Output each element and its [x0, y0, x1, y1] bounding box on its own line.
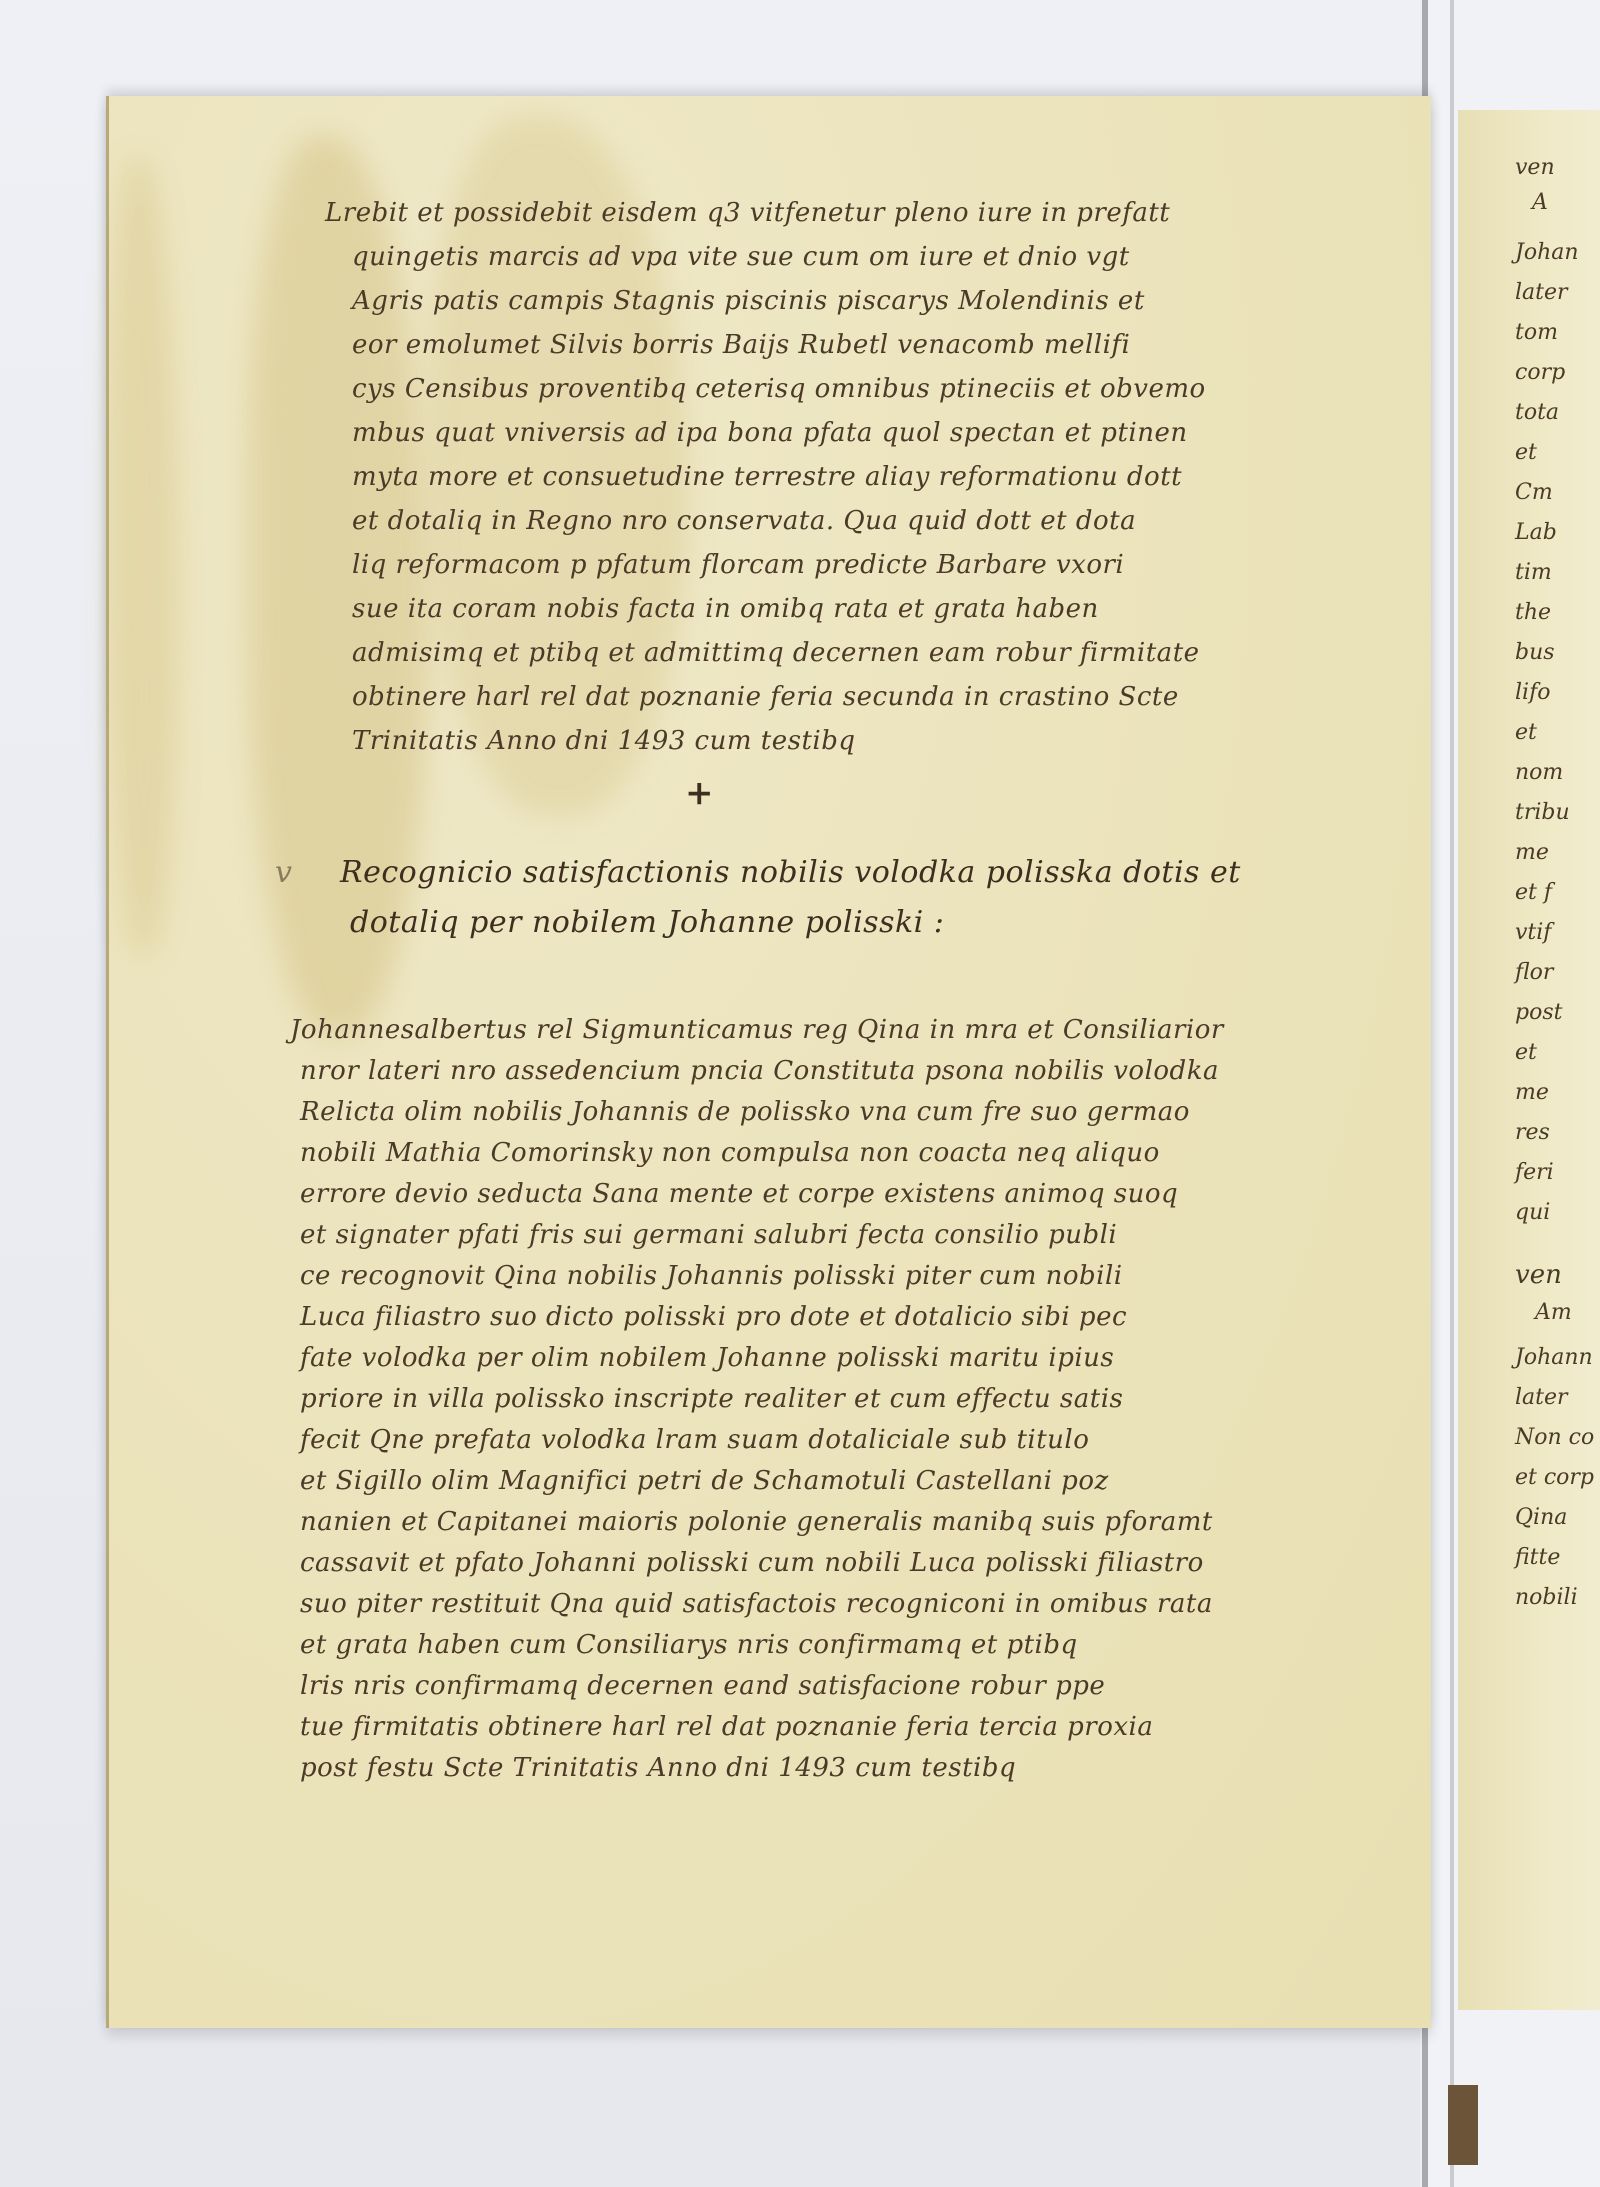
entry-2-line: tue firmitatis obtinere harl rel dat poz…: [300, 1712, 1153, 1742]
right-page-line: tribu: [1515, 800, 1570, 825]
right-page-line: lifo: [1515, 680, 1550, 705]
entry-2-line: nror lateri nro assedencium pncia Consti…: [300, 1056, 1219, 1086]
entry-1-line: Lrebit et possidebit eisdem q3 vitfenetu…: [325, 198, 1170, 228]
right-page-line: post: [1515, 1000, 1562, 1025]
entry-2-line: ce recognovit Qina nobilis Johannis poli…: [300, 1261, 1123, 1291]
right-page-line: res: [1515, 1120, 1550, 1145]
binding-edge: [1450, 0, 1454, 2187]
water-stain: [109, 156, 179, 956]
entry-1-line: et dotaliq in Regno nro conservata. Qua …: [352, 506, 1136, 536]
right-page-line: Johann: [1515, 1345, 1593, 1370]
right-page-line: nobili: [1515, 1585, 1578, 1610]
right-page-line: nom: [1515, 760, 1563, 785]
entry-2-line: fate volodka per olim nobilem Johanne po…: [300, 1343, 1114, 1373]
right-page-line: bus: [1515, 640, 1555, 665]
right-page-line: qui: [1515, 1200, 1550, 1225]
entry-1-line: sue ita coram nobis facta in omibq rata …: [352, 594, 1099, 624]
entry-1-line: eor emolumet Silvis borris Baijs Rubetl …: [352, 330, 1130, 360]
entry-1-line: mbus quat vniversis ad ipa bona pfata qu…: [352, 418, 1188, 448]
entry-2-line: suo piter restituit Qna quid satisfactoi…: [300, 1589, 1213, 1619]
right-page-line: Qina: [1515, 1505, 1567, 1530]
right-page-line: later: [1515, 1385, 1568, 1410]
entry-2-line: nobili Mathia Comorinsky non compulsa no…: [300, 1138, 1160, 1168]
entry-2-line: et grata haben cum Consiliarys nris conf…: [300, 1630, 1078, 1660]
margin-note: v: [275, 855, 292, 890]
right-page-line: feri: [1515, 1160, 1554, 1185]
heading-line: Recognicio satisfactionis nobilis volodk…: [340, 855, 1241, 890]
entry-1-line: cys Censibus proventibq ceterisq omnibus…: [352, 374, 1206, 404]
entry-1-line: quingetis marcis ad vpa vite sue cum om …: [352, 242, 1130, 272]
right-page-line: tim: [1515, 560, 1552, 585]
entry-2-line: et signater pfati fris sui germani salub…: [300, 1220, 1117, 1250]
entry-1-line: admisimq et ptibq et admittimq decernen …: [352, 638, 1200, 668]
right-page-line: tom: [1515, 320, 1558, 345]
entry-2-line: et Sigillo olim Magnifici petri de Scham…: [300, 1466, 1109, 1496]
right-page-line: flor: [1515, 960, 1553, 985]
entry-2-line: Luca filiastro suo dicto polisski pro do…: [300, 1302, 1127, 1332]
entry-1-line: Trinitatis Anno dni 1493 cum testibq: [352, 726, 856, 756]
right-page-line: Cm: [1515, 480, 1553, 505]
right-page-line: Am: [1535, 1300, 1572, 1325]
entry-1-line: liq reformacom p pfatum florcam predicte…: [352, 550, 1124, 580]
right-page-line: corp: [1515, 360, 1565, 385]
right-page-line: et: [1515, 1040, 1537, 1065]
right-page-line: ven: [1515, 1260, 1562, 1290]
entry-2-line: cassavit et pfato Johanni polisski cum n…: [300, 1548, 1204, 1578]
right-page-line: later: [1515, 280, 1568, 305]
right-page-line: me: [1515, 840, 1549, 865]
entry-2-line: Johannesalbertus rel Sigmunticamus reg Q…: [290, 1015, 1224, 1045]
entry-2-line: lris nris confirmamq decernen eand satis…: [300, 1671, 1105, 1701]
heading-line: dotaliq per nobilem Johanne polisski :: [350, 905, 944, 940]
entry-2-line: Relicta olim nobilis Johannis de polissk…: [300, 1097, 1190, 1127]
entry-1-line: myta more et consuetudine terrestre alia…: [352, 462, 1182, 492]
binding-tab: [1448, 2085, 1478, 2165]
right-page-line: Non co: [1515, 1425, 1594, 1450]
entry-2-line: post festu Scte Trinitatis Anno dni 1493…: [300, 1753, 1016, 1783]
entry-2-line: errore devio seducta Sana mente et corpe…: [300, 1179, 1178, 1209]
right-page-line: A: [1532, 190, 1548, 215]
right-page-line: vtif: [1515, 920, 1551, 945]
right-page-line: ven: [1515, 155, 1555, 180]
entry-2-line: fecit Qne prefata volodka lram suam dota…: [300, 1425, 1089, 1455]
entry-1-line: obtinere harl rel dat poznanie feria sec…: [352, 682, 1179, 712]
right-page-line: Johan: [1515, 240, 1579, 265]
right-page-line: fitte: [1515, 1545, 1560, 1570]
right-page-line: the: [1515, 600, 1551, 625]
right-page-line: et corp: [1515, 1465, 1594, 1490]
right-page-line: Lab: [1515, 520, 1557, 545]
right-page-line: et: [1515, 720, 1537, 745]
right-page-line: tota: [1515, 400, 1559, 425]
right-page-line: et: [1515, 440, 1537, 465]
separator-cross: +: [685, 773, 714, 813]
right-page-line: me: [1515, 1080, 1549, 1105]
right-page-line: et f: [1515, 880, 1552, 905]
entry-2-line: nanien et Capitanei maioris polonie gene…: [300, 1507, 1213, 1537]
entry-1-line: Agris patis campis Stagnis piscinis pisc…: [352, 286, 1145, 316]
entry-2-line: priore in villa polissko inscripte reali…: [300, 1384, 1123, 1414]
